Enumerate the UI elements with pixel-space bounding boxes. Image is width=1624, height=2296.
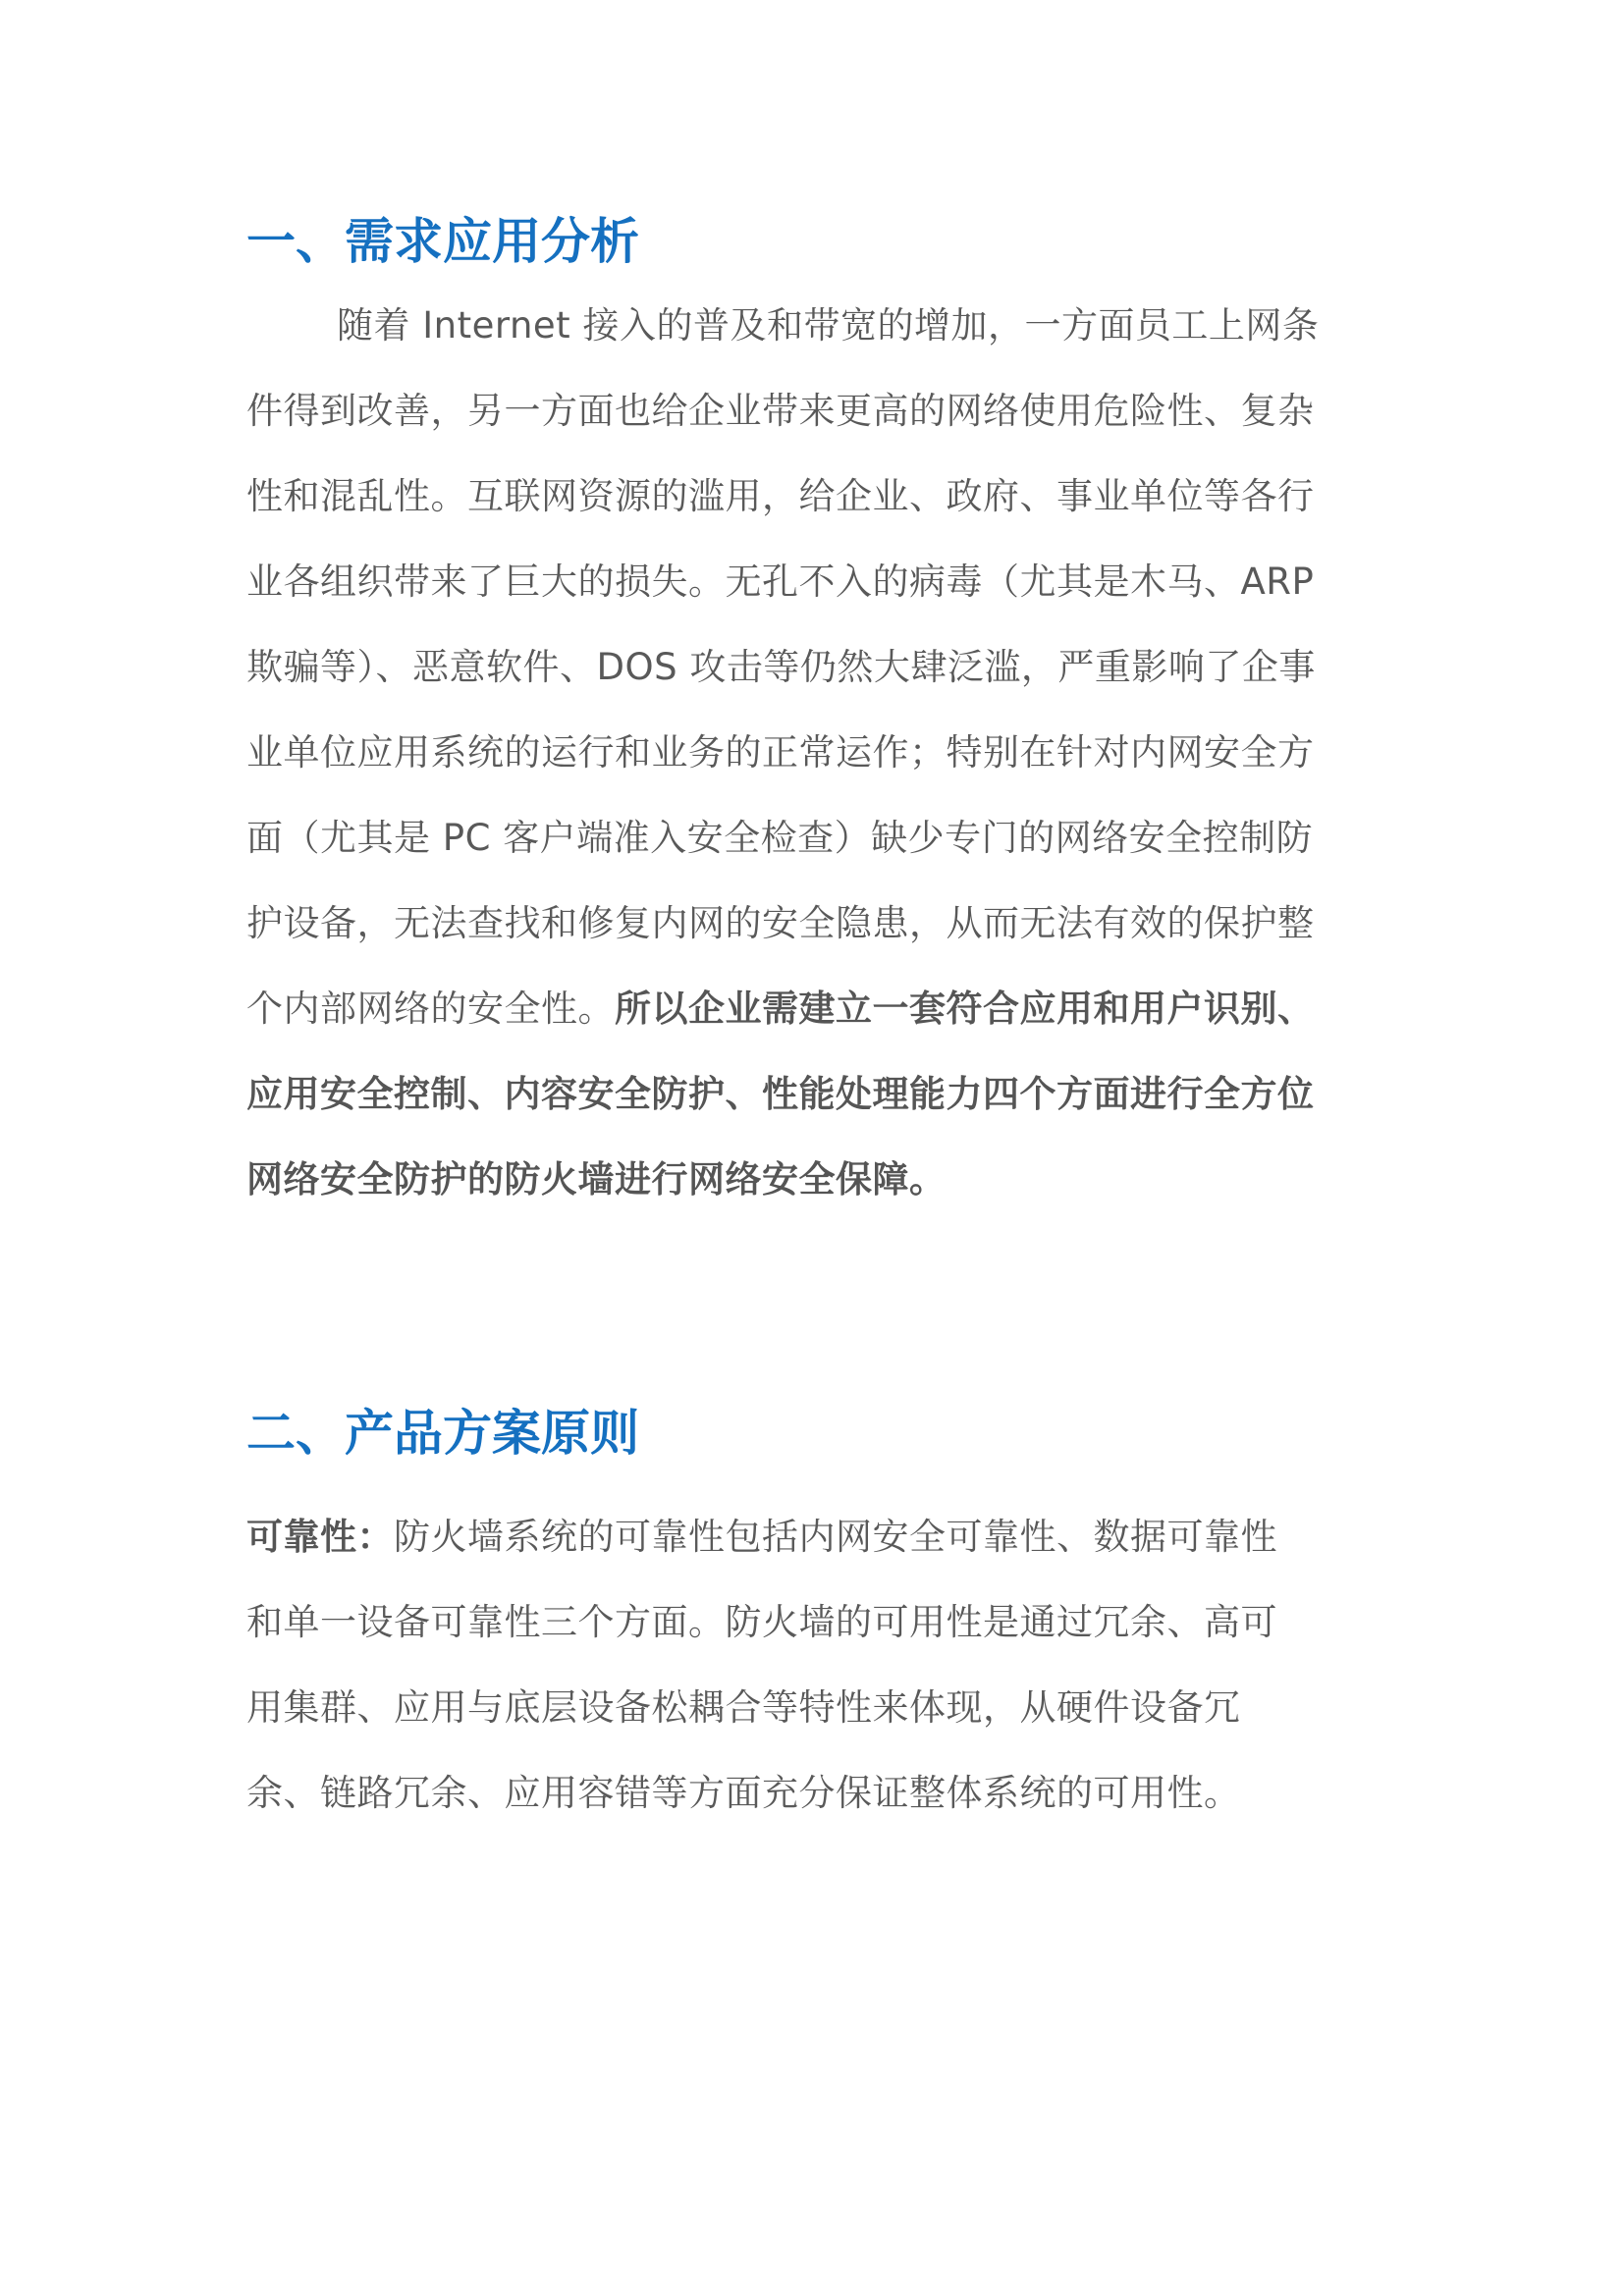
section-heading-requirements-analysis: 一、需求应用分析 — [246, 212, 639, 271]
text-run: 面（尤其是 PC 客户端准入安全检查）缺少专门的网络安全控制防 — [246, 817, 1313, 859]
text-run: 业单位应用系统的运行和业务的正常运作；特别在针对内网安全方 — [246, 731, 1315, 774]
section-heading-product-principles: 二、产品方案原则 — [246, 1404, 639, 1463]
term-label-reliability: 可靠性： — [246, 1516, 394, 1558]
text-run: 用集群、应用与底层设备松耦合等特性来体现，从硬件设备冗 — [246, 1686, 1241, 1729]
paragraph-line: 余、链路冗余、应用容错等方面充分保证整体系统的可用性。 — [246, 1750, 1385, 1836]
section-body-requirements-analysis: 随着 Internet 接入的普及和带宽的增加，一方面员工上网条 件得到改善，另… — [246, 283, 1385, 1222]
text-run: 性和混乱性。互联网资源的滥用，给企业、政府、事业单位等各行 — [246, 475, 1315, 517]
document-page: 一、需求应用分析 随着 Internet 接入的普及和带宽的增加，一方面员工上网… — [0, 0, 1624, 2296]
paragraph-line: 个内部网络的安全性。所以企业需建立一套符合应用和用户识别、 — [246, 966, 1385, 1051]
text-run: 随着 Internet 接入的普及和带宽的增加，一方面员工上网条 — [337, 304, 1319, 347]
paragraph-line: 和单一设备可靠性三个方面。防火墙的可用性是通过冗余、高可 — [246, 1579, 1385, 1665]
paragraph-line: 网络安全防护的防火墙进行网络安全保障。 — [246, 1137, 1385, 1222]
text-run: 余、链路冗余、应用容错等方面充分保证整体系统的可用性。 — [246, 1772, 1241, 1814]
paragraph-line: 欺骗等）、恶意软件、DOS 攻击等仍然大肆泛滥，严重影响了企事 — [246, 624, 1385, 710]
text-run: 和单一设备可靠性三个方面。防火墙的可用性是通过冗余、高可 — [246, 1601, 1277, 1643]
text-run: 欺骗等）、恶意软件、DOS 攻击等仍然大肆泛滥，严重影响了企事 — [246, 646, 1316, 688]
text-run: 业各组织带来了巨大的损失。无孔不入的病毒（尤其是木马、ARP — [246, 561, 1314, 603]
paragraph-line: 业单位应用系统的运行和业务的正常运作；特别在针对内网安全方 — [246, 710, 1385, 795]
paragraph-line: 性和混乱性。互联网资源的滥用，给企业、政府、事业单位等各行 — [246, 454, 1385, 539]
paragraph-line: 件得到改善，另一方面也给企业带来更高的网络使用危险性、复杂 — [246, 368, 1385, 454]
paragraph-line: 面（尤其是 PC 客户端准入安全检查）缺少专门的网络安全控制防 — [246, 795, 1385, 881]
paragraph-line: 护设备，无法查找和修复内网的安全隐患，从而无法有效的保护整 — [246, 881, 1385, 966]
emphasis-text-run: 应用安全控制、内容安全防护、性能处理能力四个方面进行全方位 — [246, 1073, 1315, 1115]
paragraph-line: 可靠性：防火墙系统的可靠性包括内网安全可靠性、数据可靠性 — [246, 1494, 1385, 1579]
text-run: 护设备，无法查找和修复内网的安全隐患，从而无法有效的保护整 — [246, 902, 1315, 944]
text-run: 防火墙系统的可靠性包括内网安全可靠性、数据可靠性 — [394, 1516, 1277, 1558]
paragraph-line: 用集群、应用与底层设备松耦合等特性来体现，从硬件设备冗 — [246, 1665, 1385, 1750]
emphasis-text-run: 网络安全防护的防火墙进行网络安全保障。 — [246, 1158, 947, 1201]
paragraph-line: 业各组织带来了巨大的损失。无孔不入的病毒（尤其是木马、ARP — [246, 539, 1385, 624]
paragraph-line: 应用安全控制、内容安全防护、性能处理能力四个方面进行全方位 — [246, 1051, 1385, 1137]
text-run: 个内部网络的安全性。 — [246, 988, 615, 1030]
section-body-product-principles: 可靠性：防火墙系统的可靠性包括内网安全可靠性、数据可靠性 和单一设备可靠性三个方… — [246, 1494, 1385, 1836]
emphasis-text-run: 所以企业需建立一套符合应用和用户识别、 — [615, 988, 1315, 1030]
text-run: 件得到改善，另一方面也给企业带来更高的网络使用危险性、复杂 — [246, 390, 1315, 432]
paragraph-line: 随着 Internet 接入的普及和带宽的增加，一方面员工上网条 — [246, 283, 1385, 368]
